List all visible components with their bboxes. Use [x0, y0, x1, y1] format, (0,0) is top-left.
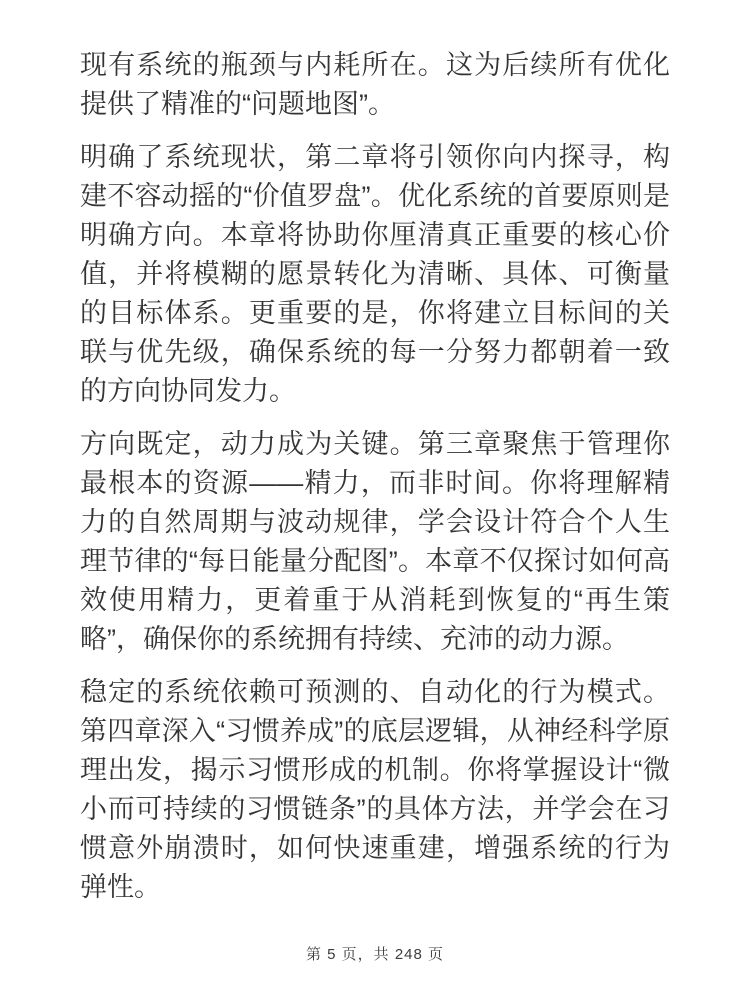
page-number-indicator: 第 5 页，共 248 页: [0, 946, 750, 964]
document-page: 现有系统的瓶颈与内耗所在。这为后续所有优化提供了精准的“问题地图”。 明确了系统…: [0, 0, 750, 1000]
paragraph-1: 现有系统的瓶颈与内耗所在。这为后续所有优化提供了精准的“问题地图”。: [80, 46, 670, 124]
paragraph-3: 方向既定，动力成为关键。第三章聚焦于管理你最根本的资源——精力，而非时间。你将理…: [80, 425, 670, 659]
paragraph-2: 明确了系统现状，第二章将引领你向内探寻，构建不容动摇的“价值罗盘”。优化系统的首…: [80, 138, 670, 411]
page-content: 现有系统的瓶颈与内耗所在。这为后续所有优化提供了精准的“问题地图”。 明确了系统…: [80, 46, 670, 921]
paragraph-4: 稳定的系统依赖可预测的、自动化的行为模式。第四章深入“习惯养成”的底层逻辑，从神…: [80, 673, 670, 907]
